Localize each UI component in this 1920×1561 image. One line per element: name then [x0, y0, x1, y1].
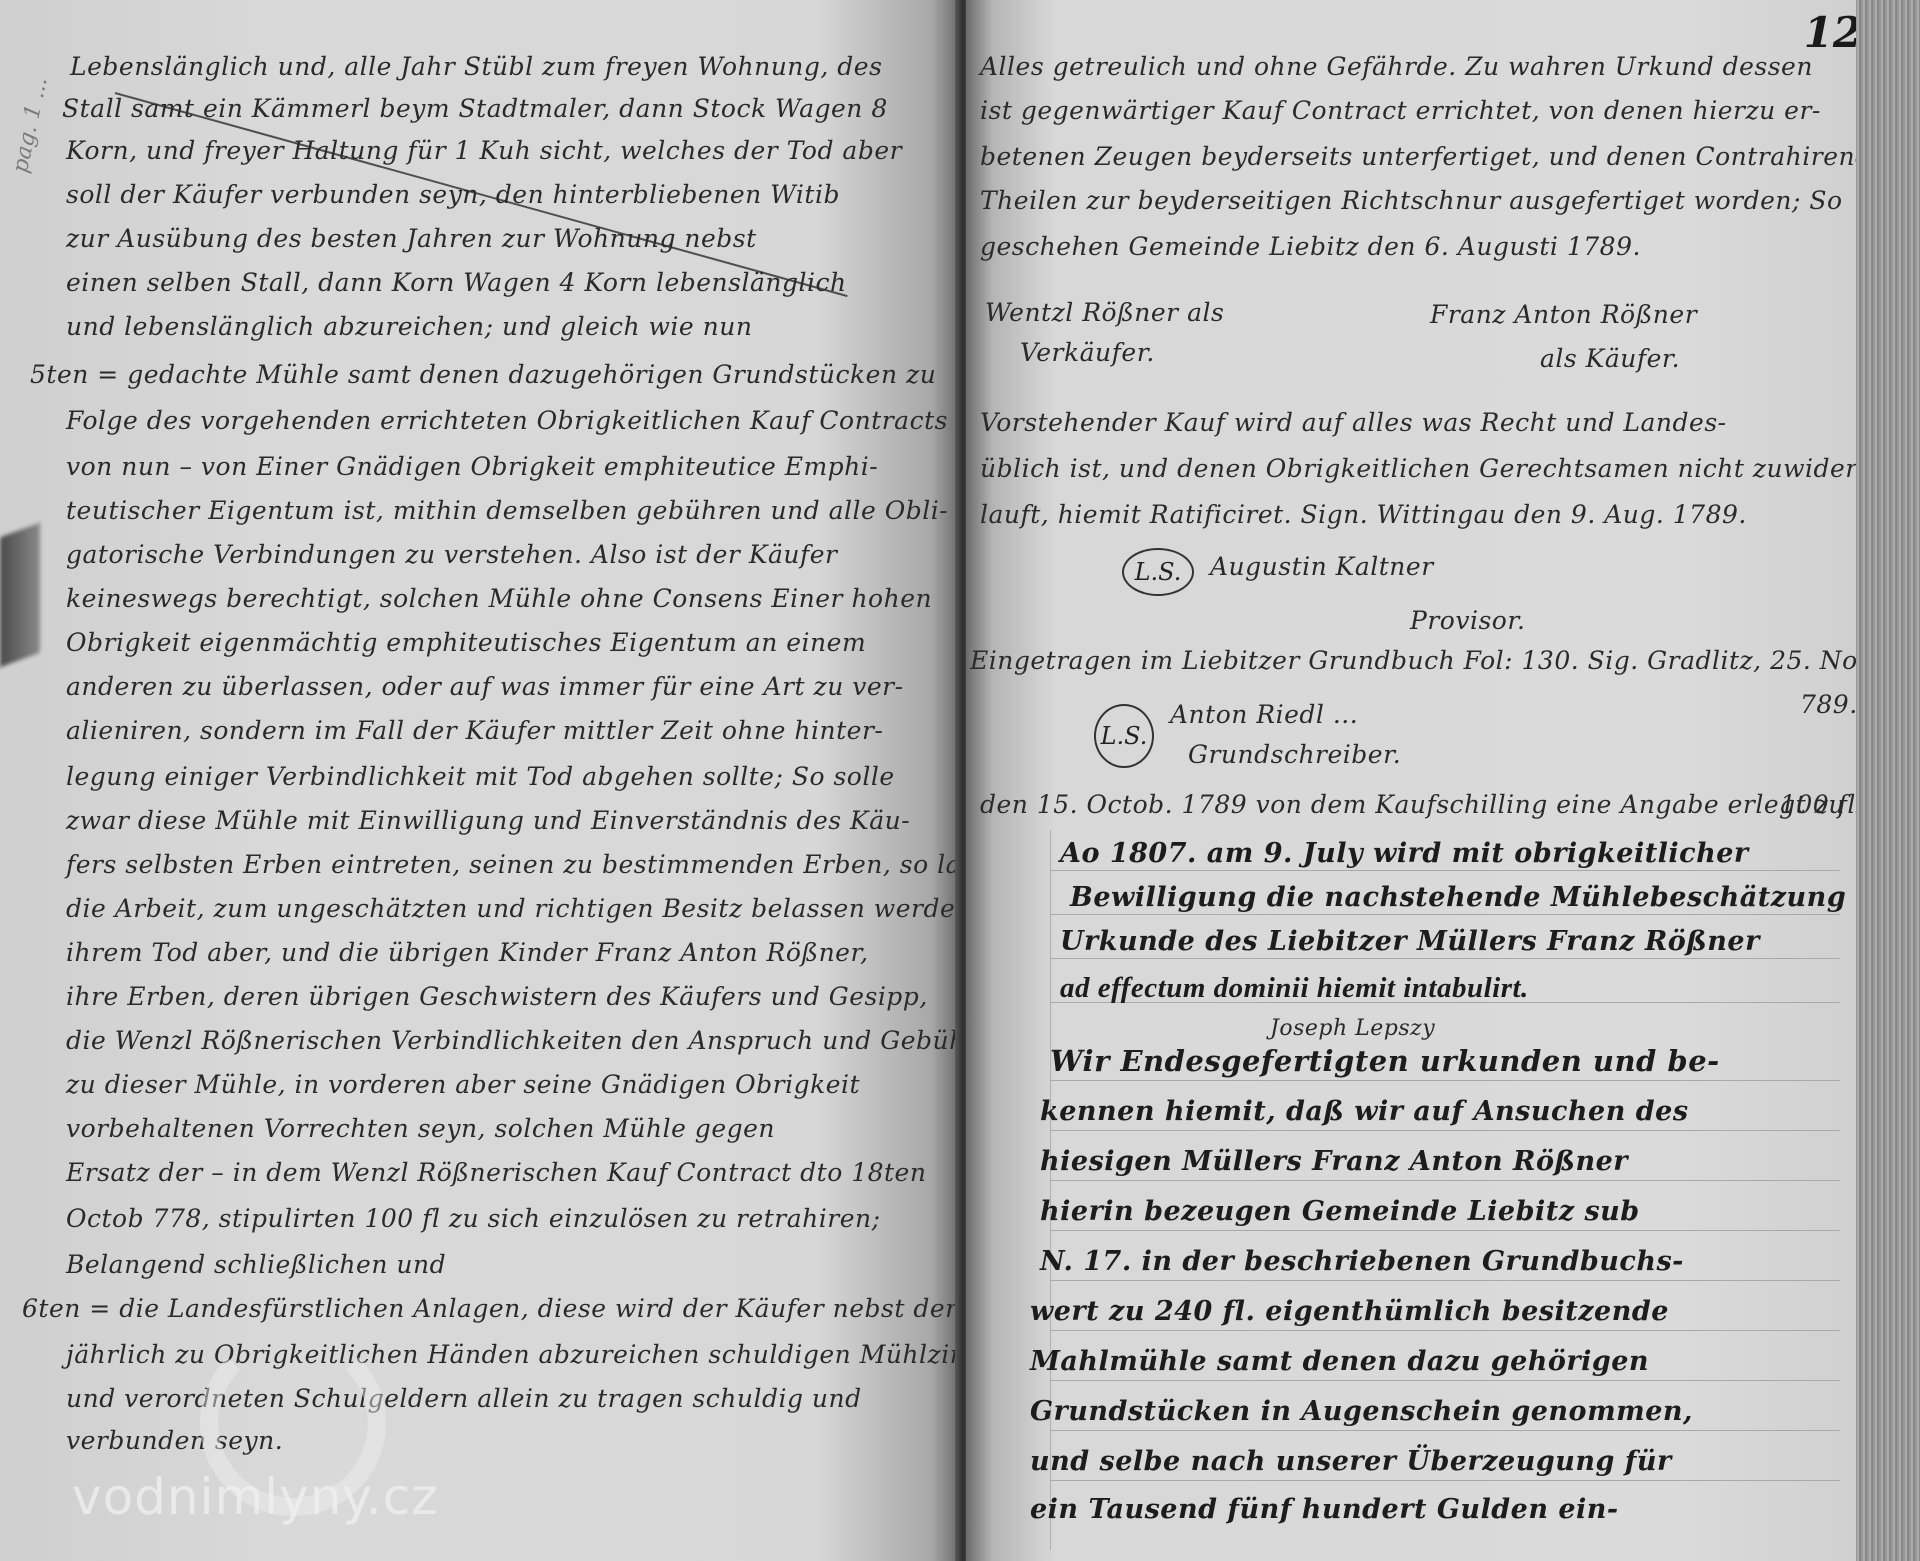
- left-line: Belangend schließlichen und: [66, 1250, 446, 1279]
- margin-note: pag. 1 ...: [8, 75, 53, 175]
- page-edges: [1856, 0, 1920, 1561]
- ruled-line: [1050, 1230, 1840, 1231]
- note-1807-line: Bewilligung die nachstehende Mühlebeschä…: [1070, 882, 1846, 913]
- certificate-line: Grundstücken in Augenschein genommen,: [1030, 1396, 1693, 1427]
- ruled-line: [1050, 1130, 1840, 1131]
- right-line: betenen Zeugen beyderseits unterfertiget…: [980, 142, 1904, 171]
- ruled-line: [1050, 1080, 1840, 1081]
- left-line-paragraph-6: 6ten = die Landesfürstlichen Anlagen, di…: [22, 1294, 960, 1323]
- certificate-line: ein Tausend fünf hundert Gulden ein-: [1030, 1494, 1619, 1525]
- official-2-title: Grundschreiber.: [1188, 740, 1401, 769]
- certificate-line: wert zu 240 fl. eigenthümlich besitzende: [1030, 1296, 1669, 1327]
- seller-role: Verkäufer.: [1020, 338, 1155, 367]
- open-ledger-book: pag. 1 ... Lebenslänglich und, alle Jahr…: [0, 0, 1920, 1561]
- registry-line: Eingetragen im Liebitzer Grundbuch Fol: …: [970, 646, 1920, 675]
- left-line: anderen zu überlassen, oder auf was imme…: [66, 672, 904, 701]
- left-line-paragraph-5: 5ten = gedachte Mühle samt denen dazugeh…: [30, 360, 936, 389]
- left-line: Korn, und freyer Haltung für 1 Kuh sicht…: [66, 136, 902, 165]
- approval-line: lauft, hiemit Ratificiret. Sign. Witting…: [980, 500, 1747, 529]
- note-1807-line: Urkunde des Liebitzer Müllers Franz Rößn…: [1060, 926, 1760, 957]
- ruled-line: [1050, 1280, 1840, 1281]
- right-line: Theilen zur beyderseitigen Richtschnur a…: [980, 186, 1843, 215]
- left-line: zwar diese Mühle mit Einwilligung und Ei…: [66, 806, 910, 835]
- seal-ls-1: L.S.: [1122, 548, 1194, 596]
- left-line: Octob 778, stipulirten 100 fl zu sich ei…: [66, 1204, 881, 1233]
- official-2-name: Anton Riedl ...: [1170, 700, 1358, 729]
- ruled-line: [1050, 870, 1840, 871]
- left-line: die Wenzl Rößnerischen Verbindlichkeiten…: [66, 1026, 960, 1055]
- left-line: und verordneten Schulgeldern allein zu t…: [66, 1384, 862, 1413]
- left-line: legung einiger Verbindlichkeit mit Tod a…: [66, 762, 895, 791]
- left-line: keineswegs berechtigt, solchen Mühle ohn…: [66, 584, 932, 613]
- note-1807-signature: Joseph Lepszy: [1270, 1016, 1435, 1041]
- payment-line: den 15. Octob. 1789 von dem Kaufschillin…: [980, 790, 1913, 819]
- official-1-name: Augustin Kaltner: [1210, 552, 1434, 581]
- left-line: Obrigkeit eigenmächtig emphiteutisches E…: [66, 628, 866, 657]
- seal-ls-2: L.S.: [1094, 704, 1154, 768]
- seal-label: L.S.: [1101, 722, 1148, 750]
- seal-label: L.S.: [1135, 558, 1182, 586]
- left-line: alieniren, sondern im Fall der Käufer mi…: [66, 716, 883, 745]
- certificate-line: N. 17. in der beschriebenen Grundbuchs-: [1040, 1246, 1684, 1277]
- left-line: Ersatz der – in dem Wenzl Rößnerischen K…: [66, 1158, 926, 1187]
- left-line: ihre Erben, deren übrigen Geschwistern d…: [66, 982, 928, 1011]
- certificate-line: und selbe nach unserer Überzeugung für: [1030, 1446, 1672, 1477]
- note-1807-line: ad effectum dominii hiemit intabulirt.: [1060, 972, 1529, 1005]
- left-page: pag. 1 ... Lebenslänglich und, alle Jahr…: [0, 0, 960, 1561]
- approval-line: Vorstehender Kauf wird auf alles was Rec…: [980, 408, 1727, 437]
- right-line: Alles getreulich und ohne Gefährde. Zu w…: [980, 52, 1813, 81]
- left-line: vorbehaltenen Vorrechten seyn, solchen M…: [66, 1114, 775, 1143]
- buyer-role: als Käufer.: [1540, 344, 1680, 373]
- ruled-line: [1050, 958, 1840, 959]
- ruled-line: [1050, 1180, 1840, 1181]
- left-line: Lebenslänglich und, alle Jahr Stübl zum …: [70, 52, 882, 81]
- ruled-line: [1050, 1380, 1840, 1381]
- left-line: zur Ausübung des besten Jahren zur Wohnu…: [66, 224, 757, 253]
- registry-year: 789.: [1800, 690, 1858, 719]
- ruled-line: [1050, 914, 1840, 915]
- left-line: von nun – von Einer Gnädigen Obrigkeit e…: [66, 452, 878, 481]
- ruled-line: [1050, 1330, 1840, 1331]
- left-line: jährlich zu Obrigkeitlichen Händen abzur…: [66, 1340, 960, 1369]
- note-1807-line: Ao 1807. am 9. July wird mit obrigkeitli…: [1060, 838, 1749, 869]
- left-line: und lebenslänglich abzureichen; und glei…: [66, 312, 752, 341]
- left-line: einen selben Stall, dann Korn Wagen 4 Ko…: [66, 268, 847, 297]
- certificate-line: kennen hiemit, daß wir auf Ansuchen des: [1040, 1096, 1689, 1127]
- left-line: Folge des vorgehenden errichteten Obrigk…: [66, 406, 948, 435]
- approval-line: üblich ist, und denen Obrigkeitlichen Ge…: [980, 454, 1858, 483]
- left-line: Stall samt ein Kämmerl beym Stadtmaler, …: [62, 94, 888, 123]
- certificate-line: Mahlmühle samt denen dazu gehörigen: [1030, 1346, 1649, 1377]
- watermark-text: vodnimlyny.cz: [72, 1468, 438, 1526]
- left-line: fers selbsten Erben eintreten, seinen zu…: [66, 850, 960, 879]
- bookmark-ribbon: [0, 523, 40, 668]
- left-line: die Arbeit, zum ungeschätzten und richti…: [66, 894, 960, 923]
- left-line: gatorische Verbindungen zu verstehen. Al…: [66, 540, 838, 569]
- buyer-signature: Franz Anton Rößner: [1430, 300, 1697, 329]
- certificate-line: hiesigen Müllers Franz Anton Rößner: [1040, 1146, 1628, 1177]
- certificate-line: Wir Endesgefertigten urkunden und be-: [1050, 1044, 1720, 1078]
- seller-signature: Wentzl Rößner als: [985, 298, 1224, 327]
- payment-amount: 100 fl.: [1780, 790, 1864, 819]
- left-line: zu dieser Mühle, in vorderen aber seine …: [66, 1070, 860, 1099]
- left-line: teutischer Eigentum ist, mithin demselbe…: [66, 496, 948, 525]
- certificate-line: hierin bezeugen Gemeinde Liebitz sub: [1040, 1196, 1640, 1227]
- margin-rule: [1050, 830, 1051, 1550]
- right-line: ist gegenwärtiger Kauf Contract errichte…: [980, 96, 1821, 125]
- ruled-line: [1050, 1480, 1840, 1481]
- ruled-line: [1050, 1430, 1840, 1431]
- official-1-title: Provisor.: [1410, 606, 1525, 635]
- left-line: soll der Käufer verbunden seyn, den hint…: [66, 180, 840, 209]
- right-line: geschehen Gemeinde Liebitz den 6. August…: [980, 232, 1641, 261]
- left-line: ihrem Tod aber, und die übrigen Kinder F…: [66, 938, 869, 967]
